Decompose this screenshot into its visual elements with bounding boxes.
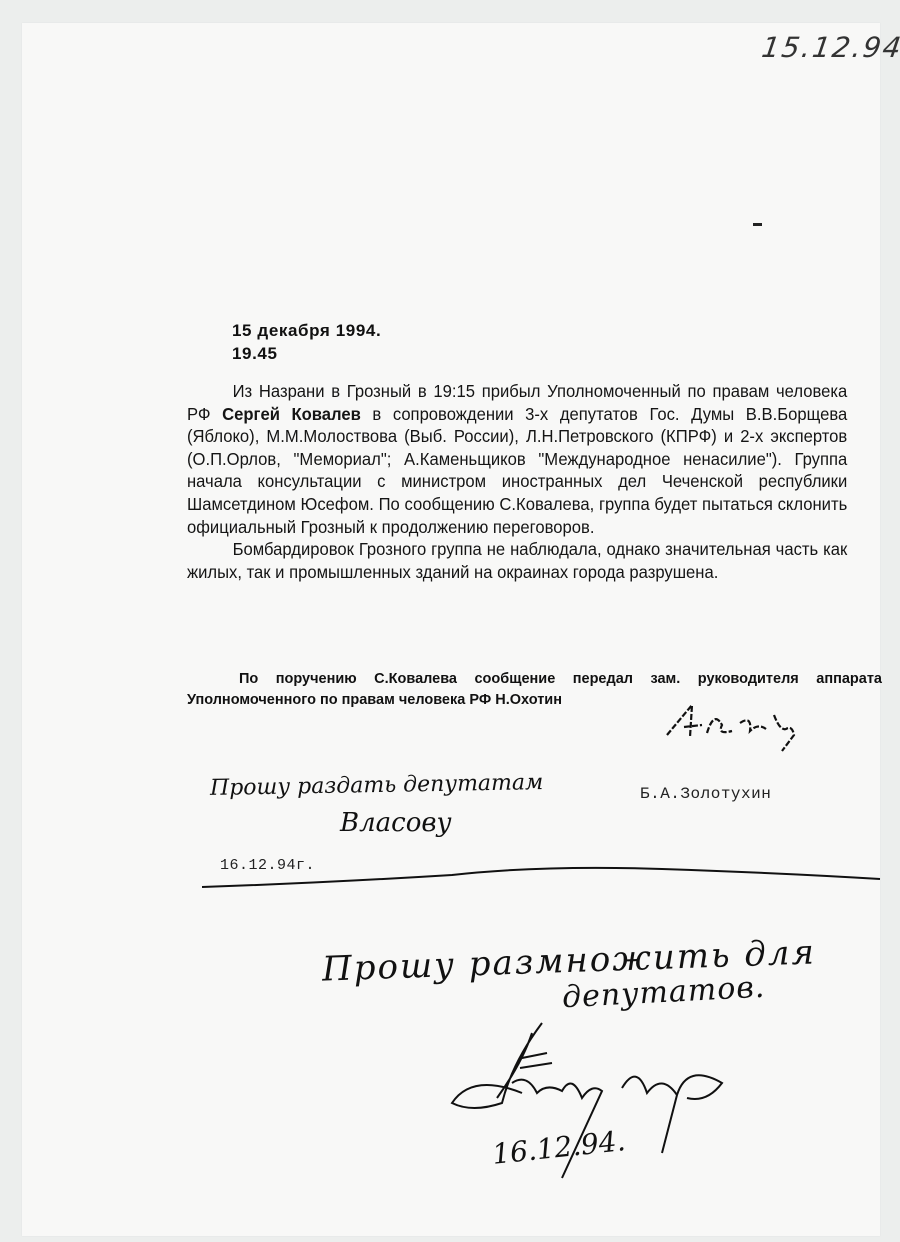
- handwritten-resolution-1: Прошу раздать депутатам: [210, 770, 544, 801]
- highlighted-name: Сергей Ковалев: [222, 404, 361, 424]
- separator-line: [202, 863, 882, 893]
- paragraph-1: Из Назрани в Грозный в 19:15 прибыл Упол…: [187, 380, 847, 538]
- message-body: Из Назрани в Грозный в 19:15 прибыл Упол…: [187, 380, 847, 583]
- document-page: 15.12.94 15 декабря 1994. 19.45 Из Назра…: [22, 23, 880, 1236]
- handwritten-resolution-1-signature: Власову: [340, 808, 452, 838]
- paragraph-2: Бомбардировок Грозного группа не наблюда…: [187, 538, 847, 583]
- handwritten-top-date: 15.12.94: [760, 31, 900, 64]
- message-date: 15 декабря 1994.: [232, 319, 381, 342]
- ink-mark: [753, 223, 762, 226]
- message-time: 19.45: [232, 342, 381, 365]
- signature-okhotin: [662, 695, 812, 755]
- message-header: 15 декабря 1994. 19.45: [232, 319, 381, 365]
- typed-name-zolotukhin: Б.А.Золотухин: [640, 785, 771, 803]
